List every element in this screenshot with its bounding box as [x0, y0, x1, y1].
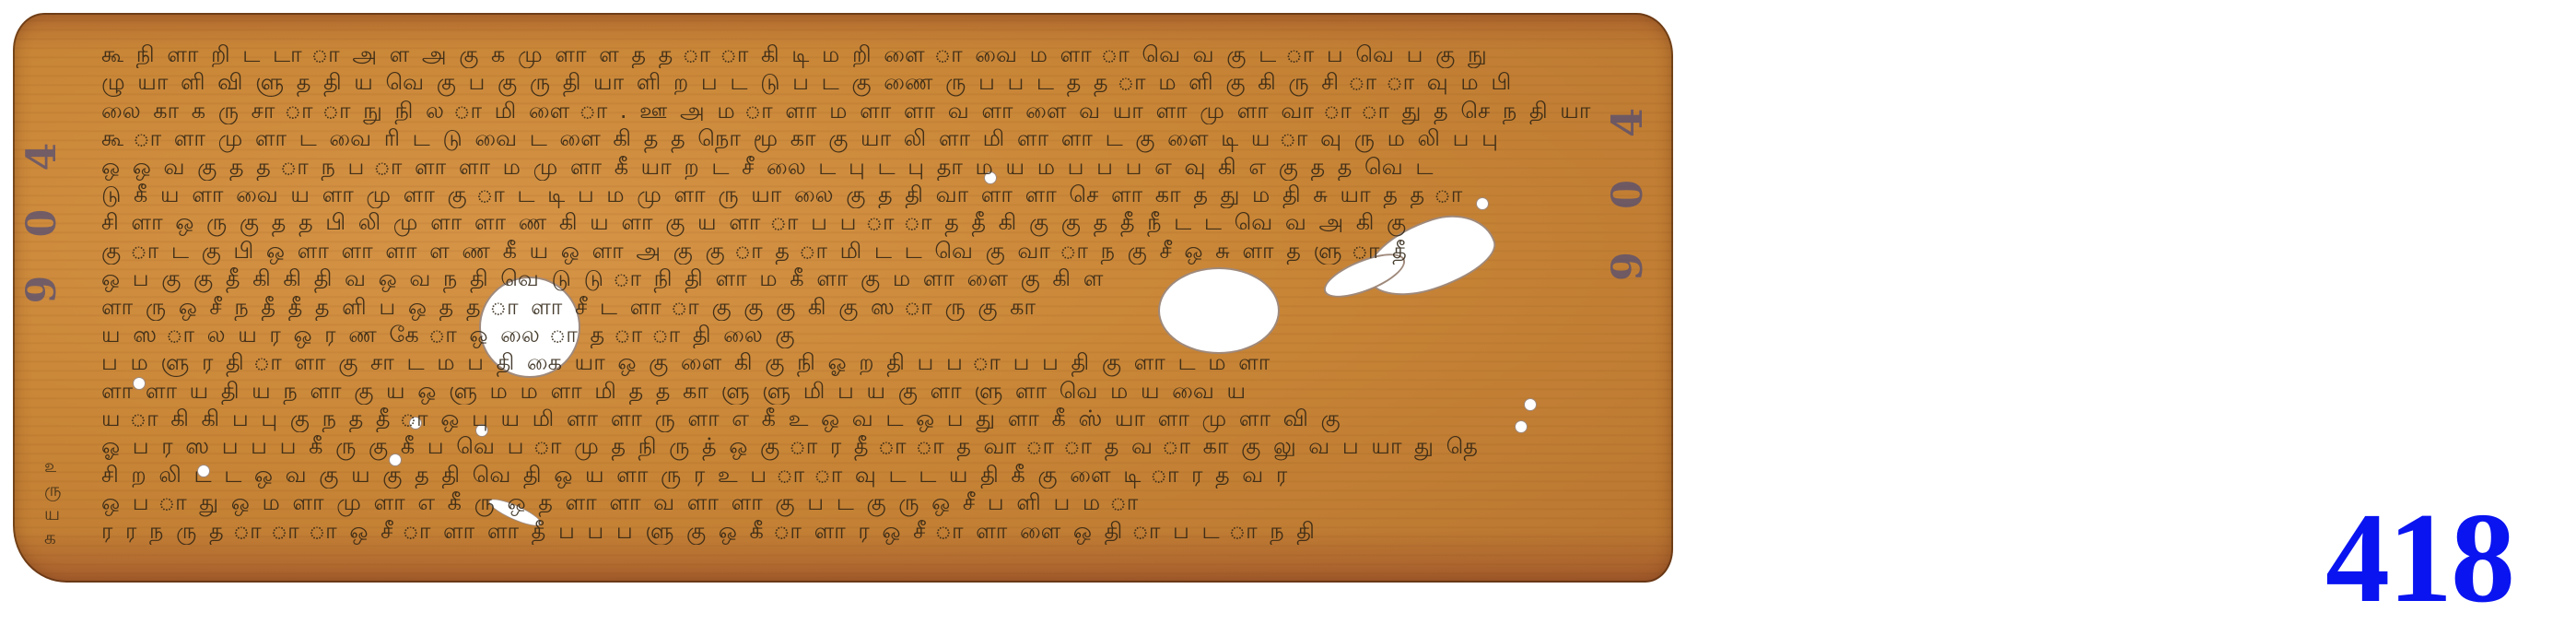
- folio-digit: 4: [1606, 97, 1678, 148]
- text-line: ழு யா ளி வி ளு த தி ய வெ கு ப கு ரு தி ய…: [101, 68, 1612, 96]
- folio-digit: 4: [22, 138, 88, 175]
- text-line: சி ற லி ட ட ஒ வ கு ய கு த தி வெ தி ஒ ய ள…: [101, 461, 1612, 489]
- margin-mark: க: [44, 525, 66, 549]
- text-line: ய ஸ ா ல ய ர ஒ ர ண கே ா ஒ லை ா த ா ா தி ல…: [101, 321, 1612, 348]
- text-line: ளா ரு ஒ சீ ந தீ தீ த ளி ப ஒ த த ா ளா சீ …: [101, 293, 1612, 321]
- margin-mark: ரு: [44, 477, 66, 501]
- manuscript-text: கூ நி ளா றி ட டா ா அ ள அ கு க மு ளா ள த …: [101, 41, 1612, 545]
- text-line: ளா ளா ய தி ய ந ளா கு ய ஒ ளு ம ம ளா மி த …: [101, 377, 1612, 405]
- folio-digit: 0: [22, 205, 88, 241]
- left-margin-marks: ௨ ரு ய க: [44, 453, 66, 549]
- folio-digit: 9: [22, 271, 88, 308]
- margin-mark: ய: [44, 501, 66, 525]
- text-line: ஓ ப ர ஸ ப ப ப கீ ரு கு கீ ப வெ ப ா மு த …: [101, 432, 1612, 460]
- text-line: டு கீ ய ளா வை ய ளா மு ளா கு ா ட டி ப ம ம…: [101, 181, 1612, 208]
- text-line: ய ா கி கி ப பு கு ந த தீ ா ஒ பு ய மி ளா …: [101, 405, 1612, 432]
- text-line: ஒ ஒ வ கு த த ா ந ப ா ளா ளா ம மு ளா கீ யா…: [101, 153, 1612, 181]
- text-line: சி ளா ஒ ரு கு த த பி லி மு ளா ளா ண கி ய …: [101, 208, 1612, 236]
- text-line: கு ா ட கு பி ஒ ளா ளா ளா ள ண கீ ய ஒ ளா அ …: [101, 237, 1612, 265]
- text-line: கூ நி ளா றி ட டா ா அ ள அ கு க மு ளா ள த …: [101, 41, 1612, 68]
- text-line: லை கா க ரு சா ா ா நு நி ல ா மி ளை ா . ஊ …: [101, 97, 1612, 124]
- text-line: ர ர ந ரு த ா ா ா ஒ சீ ா ளா ளா தீ ப ப ப ள…: [101, 517, 1612, 545]
- text-line: ஒ ப கு கு தீ கி கி தி வ ஒ வ ந தி வெ டு ட…: [101, 265, 1612, 292]
- left-margin-folio-number: 4 0 9: [37, 124, 74, 323]
- folio-digit: 0: [1606, 169, 1678, 220]
- text-line: ப ம ளு ர தி ா ளா கு சா ட ம ப தி கை யா ஒ …: [101, 348, 1612, 376]
- folio-digit: 9: [1606, 241, 1678, 292]
- page-number: 418: [2325, 494, 2513, 623]
- right-margin-folio-number: 4 0 9: [1616, 87, 1668, 302]
- text-line: கூ ா ளா மு ளா ட வை ரி ட டு வை ட ளை கி த …: [101, 124, 1612, 152]
- palm-leaf-manuscript: 4 0 9 ௨ ரு ய க 4 0 9 கூ நி ளா றி ட டா ா …: [13, 13, 1673, 583]
- margin-mark: ௨: [44, 453, 66, 477]
- text-line: ஒ ப ா து ஒ ம ளா மு ளா எ கீ ரு ஒ த ளா ளா …: [101, 489, 1612, 516]
